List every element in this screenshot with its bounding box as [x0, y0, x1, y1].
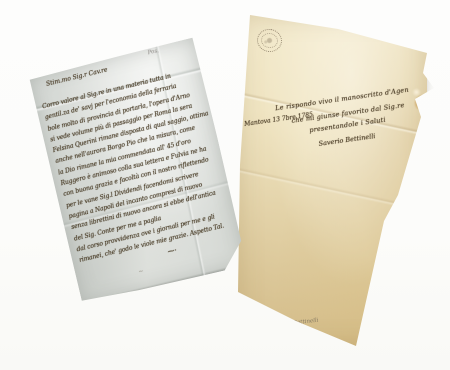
manuscripts-photo: Le rispondo vivo il manoscritto d'Agen c…	[0, 0, 450, 370]
letter-body: Corro valore al Sig.re in una materia tu…	[41, 64, 236, 266]
left-letter-sheet: Pos. Stim.mo Sig.r Cav.re Corro valore a…	[28, 37, 248, 304]
postal-stamp-icon	[255, 27, 284, 54]
torn-edge-icon	[409, 85, 434, 114]
page-mark: ~	[138, 268, 145, 276]
right-letter-sheet: Le rispondo vivo il manoscritto d'Agen c…	[238, 15, 427, 346]
pencil-annotation: Bettinelli	[293, 318, 319, 327]
closing-flourish: ⁓·	[167, 246, 178, 256]
fold-crease	[228, 165, 438, 215]
salutation: Stim.mo Sig.r Cav.re	[45, 66, 108, 88]
